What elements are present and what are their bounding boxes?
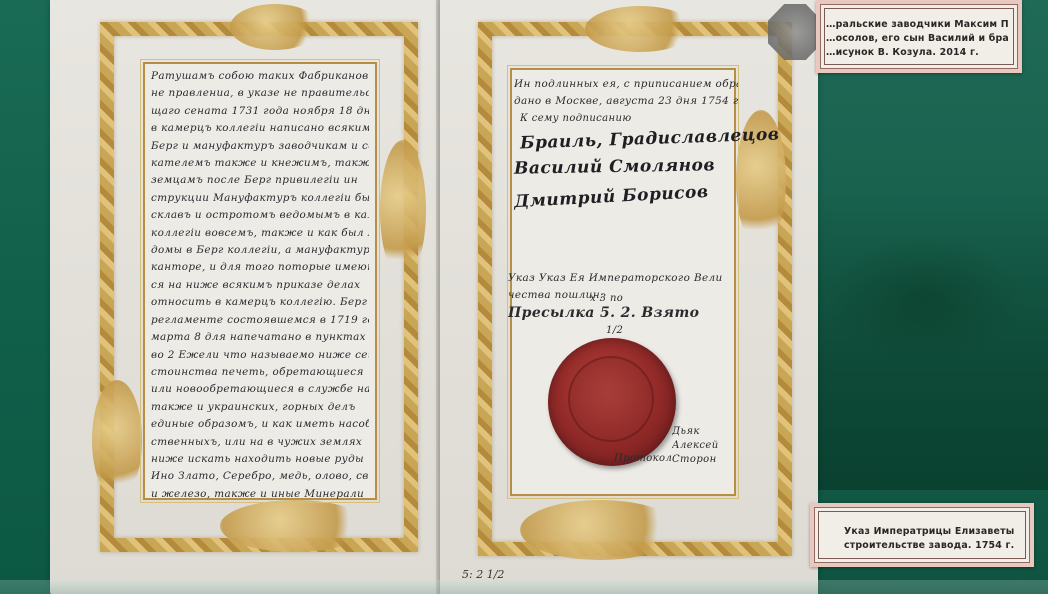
text-line: земцамъ после Берг привилегiи ин: [151, 172, 369, 189]
gilded-flourish-side-left: [92, 380, 142, 500]
text-line: ниже искать находить новые руды: [151, 451, 369, 468]
bottom-signature: Дьяк Алексей Сторон: [672, 425, 719, 467]
text-line: ся на ниже всякимъ приказе делах: [151, 277, 369, 294]
left-handwritten-text: Ратушамъ собою таких Фабриканов не правл…: [151, 68, 369, 503]
text-line: щаго сената 1731 года ноября 18 дня: [151, 103, 369, 120]
display-glass-base: [0, 580, 1048, 594]
text-line: в камерцъ коллегiи написано всякимъ: [151, 120, 369, 137]
wall-mountain-reflection: [815, 190, 1048, 490]
text-line: Алексей: [672, 439, 719, 453]
caption-line: …ральские заводчики Максим Перфильевич: [826, 18, 1008, 32]
text-line: во 2 Ежели что называемо ниже сего: [151, 347, 369, 364]
caption-line: Указ Императрицы Елизаветы о: [844, 525, 1016, 539]
right-header-text: Ин подлинных ея, с приписанием обрат дан…: [514, 76, 738, 111]
gilded-flourish-bottom-right: [520, 500, 680, 560]
text-line: канторе, и для того поторые имеют: [151, 259, 369, 276]
payment-fraction: 1/2: [606, 322, 623, 339]
text-line: коллегiи вовсемъ, также и как был ЕЕ: [151, 225, 369, 242]
text-line: стоинства печеть, обретающиеся: [151, 364, 369, 381]
text-line: также и украинских, горных делъ: [151, 399, 369, 416]
caption-label-top: …ральские заводчики Максим Перфильевич ……: [816, 0, 1022, 73]
text-line: ственныхъ, или на в чужих землях: [151, 434, 369, 451]
gilded-flourish-top-left: [230, 4, 320, 50]
payment-line: Пресылка 5. 2. Взято: [508, 305, 699, 322]
text-line: не правлениа, в указе не правительств: [151, 85, 369, 102]
text-line: Указ Указ Ея Императорского Вели: [508, 270, 734, 287]
text-line: струкции Мануфактуръ коллегiи быти: [151, 190, 369, 207]
caption-line: строительстве завода. 1754 г.: [844, 539, 1016, 553]
text-line: и железо, также и иные Минерали: [151, 486, 369, 503]
bottom-left-signature: Протокол: [614, 450, 672, 467]
text-line: Берг и мануфактуръ заводчикам и содерж: [151, 138, 369, 155]
wax-seal-impression: [568, 356, 654, 442]
text-line: Сторон: [672, 453, 719, 467]
caption-line: …осолов, его сын Василий и брат Иван Мен…: [826, 32, 1008, 46]
text-line: кателемъ также и кнежимъ, также ино: [151, 155, 369, 172]
gilded-flourish-bottom-left: [220, 500, 370, 552]
left-text-panel: Ратушамъ собою таких Фабриканов не правл…: [143, 62, 377, 500]
text-line: домы в Берг коллегiи, а мануфактур: [151, 242, 369, 259]
wax-seal-icon: [548, 338, 676, 466]
text-line: Ино Злато, Серебро, медь, олово, свинец: [151, 468, 369, 485]
text-line: Ратушамъ собою таких Фабриканов: [151, 68, 369, 85]
gilded-flourish-side-mid: [380, 140, 426, 280]
text-line: склавъ и остротомъ ведомымъ в камерцъ: [151, 207, 369, 224]
green-wall-left: [0, 0, 52, 594]
text-line: дано в Москве, августа 23 дня 1754 году: [514, 93, 738, 110]
text-line: относить в камерцъ коллегiю. Берг: [151, 294, 369, 311]
text-line: регламенте состоявшемся в 1719 году: [151, 312, 369, 329]
text-line: единые образомъ, и как иметь насоб: [151, 416, 369, 433]
text-line: или новообретающиеся в службе нашей: [151, 381, 369, 398]
caption-label-bottom: Указ Императрицы Елизаветы о строительст…: [810, 503, 1034, 567]
text-line: Ин подлинных ея, с приписанием обрат: [514, 76, 738, 93]
gilded-flourish-top-right: [585, 6, 695, 52]
text-line: марта 8 для напечатано в пунктах: [151, 329, 369, 346]
caption-line: …исунок В. Козула. 2014 г.: [826, 46, 1008, 60]
museum-exhibit-scene: Ратушамъ собою таких Фабриканов не правл…: [0, 0, 1048, 594]
text-line: Дьяк: [672, 425, 719, 439]
